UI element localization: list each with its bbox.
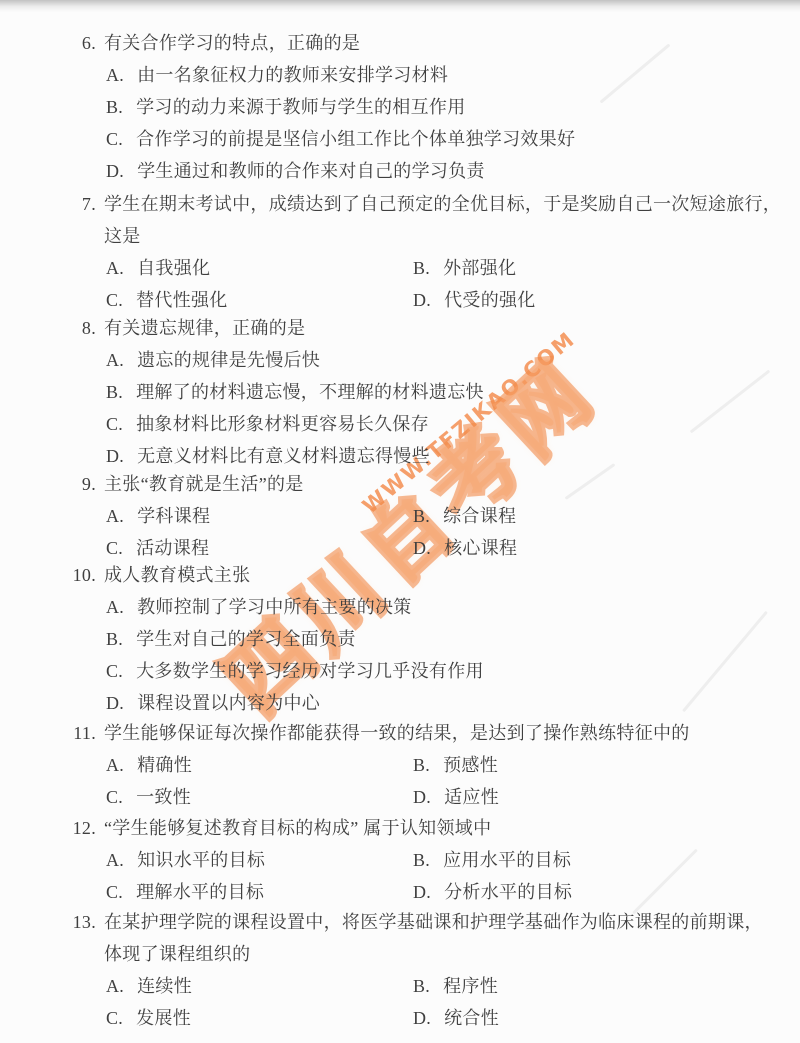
option-label: A. xyxy=(106,59,124,91)
option: B.程序性 xyxy=(413,970,498,1002)
option-text: 抽象材料比形象材料更容易长久保存 xyxy=(136,408,429,440)
option-text: 连续性 xyxy=(137,970,192,1002)
option: B.学习的动力来源于教师与学生的相互作用 xyxy=(106,91,466,123)
option-row: B.理解了的材料遗忘慢，不理解的材料遗忘快 xyxy=(0,376,800,408)
option: C.大多数学生的学习经历对学习几乎没有作用 xyxy=(106,655,484,687)
option-label: B. xyxy=(413,749,430,781)
question-stem: 成人教育模式主张 xyxy=(104,559,250,591)
question-number: 8. xyxy=(60,312,96,344)
scan-edge-shadow xyxy=(0,0,800,12)
option-text: 精确性 xyxy=(137,749,192,781)
option-row: B.学生对自己的学习全面负责 xyxy=(0,623,800,655)
option: A.知识水平的目标 xyxy=(106,844,413,876)
option-row: B.学习的动力来源于教师与学生的相互作用 xyxy=(0,91,800,123)
option: D.课程设置以内容为中心 xyxy=(106,687,320,719)
question-stem-row: 6.有关合作学习的特点，正确的是 xyxy=(0,27,800,59)
question-block: 13.在某护理学院的课程设置中，将医学基础课和护理学基础作为临床课程的前期课，体… xyxy=(0,906,800,1034)
option-row: C.一致性D.适应性 xyxy=(0,781,800,813)
option: B.外部强化 xyxy=(413,252,516,284)
question-stem-continued: 这是 xyxy=(0,220,800,252)
option: A.教师控制了学习中所有主要的决策 xyxy=(106,591,412,623)
option: B.理解了的材料遗忘慢，不理解的材料遗忘快 xyxy=(106,376,484,408)
option: A.学科课程 xyxy=(106,500,413,532)
option-text: 大多数学生的学习经历对学习几乎没有作用 xyxy=(136,655,484,687)
option: A.遗忘的规律是先慢后快 xyxy=(106,344,320,376)
option-text: 一致性 xyxy=(136,781,191,813)
option-label: C. xyxy=(106,408,123,440)
question-number: 13. xyxy=(60,906,96,938)
option-label: D. xyxy=(106,687,124,719)
question-block: 9.主张“教育就是生活”的是A.学科课程B.综合课程C.活动课程D.核心课程 xyxy=(0,468,800,564)
option-text: 预感性 xyxy=(443,749,498,781)
option: A.连续性 xyxy=(106,970,413,1002)
question-stem-continued: 体现了课程组织的 xyxy=(0,938,800,970)
question-number: 11. xyxy=(60,717,96,749)
option-row: A.连续性B.程序性 xyxy=(0,970,800,1002)
option-text: 学科课程 xyxy=(137,500,210,532)
option-label: B. xyxy=(413,500,430,532)
option-label: C. xyxy=(106,123,123,155)
option: B.应用水平的目标 xyxy=(413,844,571,876)
option-label: D. xyxy=(106,155,124,187)
question-number: 7. xyxy=(60,188,96,220)
option-text: 自我强化 xyxy=(137,252,210,284)
option-text: 学生对自己的学习全面负责 xyxy=(136,623,356,655)
option-label: A. xyxy=(106,591,124,623)
option-text: 分析水平的目标 xyxy=(444,876,572,908)
question-number: 12. xyxy=(60,812,96,844)
option-text: 学习的动力来源于教师与学生的相互作用 xyxy=(136,91,465,123)
option-label: C. xyxy=(106,1002,123,1034)
question-stem: 主张“教育就是生活”的是 xyxy=(104,468,304,500)
option: B.预感性 xyxy=(413,749,498,781)
option-label: B. xyxy=(413,844,430,876)
option-label: D. xyxy=(413,876,431,908)
option-label: B. xyxy=(106,623,123,655)
option-row: A.由一名象征权力的教师来安排学习材料 xyxy=(0,59,800,91)
question-stem-row: 11.学生能够保证每次操作都能获得一致的结果，是达到了操作熟练特征中的 xyxy=(0,717,800,749)
option-label: C. xyxy=(106,876,123,908)
option-row: C.合作学习的前提是坚信小组工作比个体单独学习效果好 xyxy=(0,123,800,155)
question-block: 7.学生在期末考试中，成绩达到了自己预定的全优目标，于是奖励自己一次短途旅行，这… xyxy=(0,188,800,316)
option-label: B. xyxy=(106,91,123,123)
option-label: C. xyxy=(106,781,123,813)
option-label: B. xyxy=(413,970,430,1002)
question-stem: 在某护理学院的课程设置中，将医学基础课和护理学基础作为临床课程的前期课， xyxy=(104,906,763,938)
option: D.分析水平的目标 xyxy=(413,876,572,908)
option-label: B. xyxy=(413,252,430,284)
question-stem-row: 10.成人教育模式主张 xyxy=(0,559,800,591)
option-text: 由一名象征权力的教师来安排学习材料 xyxy=(137,59,448,91)
option-row: C.发展性D.统合性 xyxy=(0,1002,800,1034)
question-stem-row: 12.“学生能够复述教育目标的构成” 属于认知领域中 xyxy=(0,812,800,844)
question-stem: 有关遗忘规律，正确的是 xyxy=(104,312,305,344)
question-stem: 学生在期末考试中，成绩达到了自己预定的全优目标，于是奖励自己一次短途旅行， xyxy=(104,188,781,220)
option-row: D.学生通过和教师的合作来对自己的学习负责 xyxy=(0,155,800,187)
option: A.由一名象征权力的教师来安排学习材料 xyxy=(106,59,448,91)
option-row: A.知识水平的目标B.应用水平的目标 xyxy=(0,844,800,876)
option-text: 应用水平的目标 xyxy=(443,844,571,876)
option-text: 外部强化 xyxy=(443,252,516,284)
option-text: 合作学习的前提是坚信小组工作比个体单独学习效果好 xyxy=(136,123,575,155)
question-block: 11.学生能够保证每次操作都能获得一致的结果，是达到了操作熟练特征中的A.精确性… xyxy=(0,717,800,813)
question-number: 10. xyxy=(60,559,96,591)
question-stem-row: 7.学生在期末考试中，成绩达到了自己预定的全优目标，于是奖励自己一次短途旅行， xyxy=(0,188,800,220)
question-stem: 有关合作学习的特点，正确的是 xyxy=(104,27,360,59)
option-label: A. xyxy=(106,749,124,781)
question-block: 10.成人教育模式主张A.教师控制了学习中所有主要的决策B.学生对自己的学习全面… xyxy=(0,559,800,719)
option: A.精确性 xyxy=(106,749,413,781)
option-label: A. xyxy=(106,344,124,376)
option-row: C.抽象材料比形象材料更容易长久保存 xyxy=(0,408,800,440)
option-label: D. xyxy=(413,781,431,813)
option-text: 统合性 xyxy=(444,1002,499,1034)
option: C.发展性 xyxy=(106,1002,413,1034)
option-text: 发展性 xyxy=(136,1002,191,1034)
option-row: A.学科课程B.综合课程 xyxy=(0,500,800,532)
question-block: 12.“学生能够复述教育目标的构成” 属于认知领域中A.知识水平的目标B.应用水… xyxy=(0,812,800,908)
option: C.一致性 xyxy=(106,781,413,813)
option: D.适应性 xyxy=(413,781,499,813)
option-row: C.理解水平的目标D.分析水平的目标 xyxy=(0,876,800,908)
option: A.自我强化 xyxy=(106,252,413,284)
option-text: 知识水平的目标 xyxy=(137,844,265,876)
question-number: 6. xyxy=(60,27,96,59)
option-label: B. xyxy=(106,376,123,408)
option-text: 遗忘的规律是先慢后快 xyxy=(137,344,320,376)
option-label: D. xyxy=(413,1002,431,1034)
option-label: A. xyxy=(106,844,124,876)
option-label: A. xyxy=(106,252,124,284)
question-stem: “学生能够复述教育目标的构成” 属于认知领域中 xyxy=(104,812,491,844)
option: B.学生对自己的学习全面负责 xyxy=(106,623,356,655)
question-stem-row: 8.有关遗忘规律，正确的是 xyxy=(0,312,800,344)
question-stem-row: 13.在某护理学院的课程设置中，将医学基础课和护理学基础作为临床课程的前期课， xyxy=(0,906,800,938)
option-row: A.教师控制了学习中所有主要的决策 xyxy=(0,591,800,623)
question-stem-row: 9.主张“教育就是生活”的是 xyxy=(0,468,800,500)
option: D.学生通过和教师的合作来对自己的学习负责 xyxy=(106,155,485,187)
option-text: 教师控制了学习中所有主要的决策 xyxy=(137,591,412,623)
option: D.统合性 xyxy=(413,1002,499,1034)
option: C.理解水平的目标 xyxy=(106,876,413,908)
option-text: 理解了的材料遗忘慢，不理解的材料遗忘快 xyxy=(136,376,484,408)
question-number: 9. xyxy=(60,468,96,500)
option: B.综合课程 xyxy=(413,500,516,532)
option-label: A. xyxy=(106,500,124,532)
question-block: 6.有关合作学习的特点，正确的是A.由一名象征权力的教师来安排学习材料B.学习的… xyxy=(0,27,800,187)
option-text: 适应性 xyxy=(444,781,499,813)
option-row: A.自我强化B.外部强化 xyxy=(0,252,800,284)
option: C.合作学习的前提是坚信小组工作比个体单独学习效果好 xyxy=(106,123,575,155)
option-text: 综合课程 xyxy=(443,500,516,532)
scanned-exam-page: WWW.TFZIKAO.COM 四川自考网 6.有关合作学习的特点，正确的是A.… xyxy=(0,0,800,1043)
option-label: C. xyxy=(106,655,123,687)
option: C.抽象材料比形象材料更容易长久保存 xyxy=(106,408,429,440)
option-row: A.遗忘的规律是先慢后快 xyxy=(0,344,800,376)
option-label: A. xyxy=(106,970,124,1002)
option-text: 学生通过和教师的合作来对自己的学习负责 xyxy=(137,155,485,187)
option-row: A.精确性B.预感性 xyxy=(0,749,800,781)
question-stem: 学生能够保证每次操作都能获得一致的结果，是达到了操作熟练特征中的 xyxy=(104,717,690,749)
option-text: 理解水平的目标 xyxy=(136,876,264,908)
option-text: 程序性 xyxy=(443,970,498,1002)
option-row: D.课程设置以内容为中心 xyxy=(0,687,800,719)
option-row: C.大多数学生的学习经历对学习几乎没有作用 xyxy=(0,655,800,687)
question-block: 8.有关遗忘规律，正确的是A.遗忘的规律是先慢后快B.理解了的材料遗忘慢，不理解… xyxy=(0,312,800,472)
option-text: 课程设置以内容为中心 xyxy=(137,687,320,719)
